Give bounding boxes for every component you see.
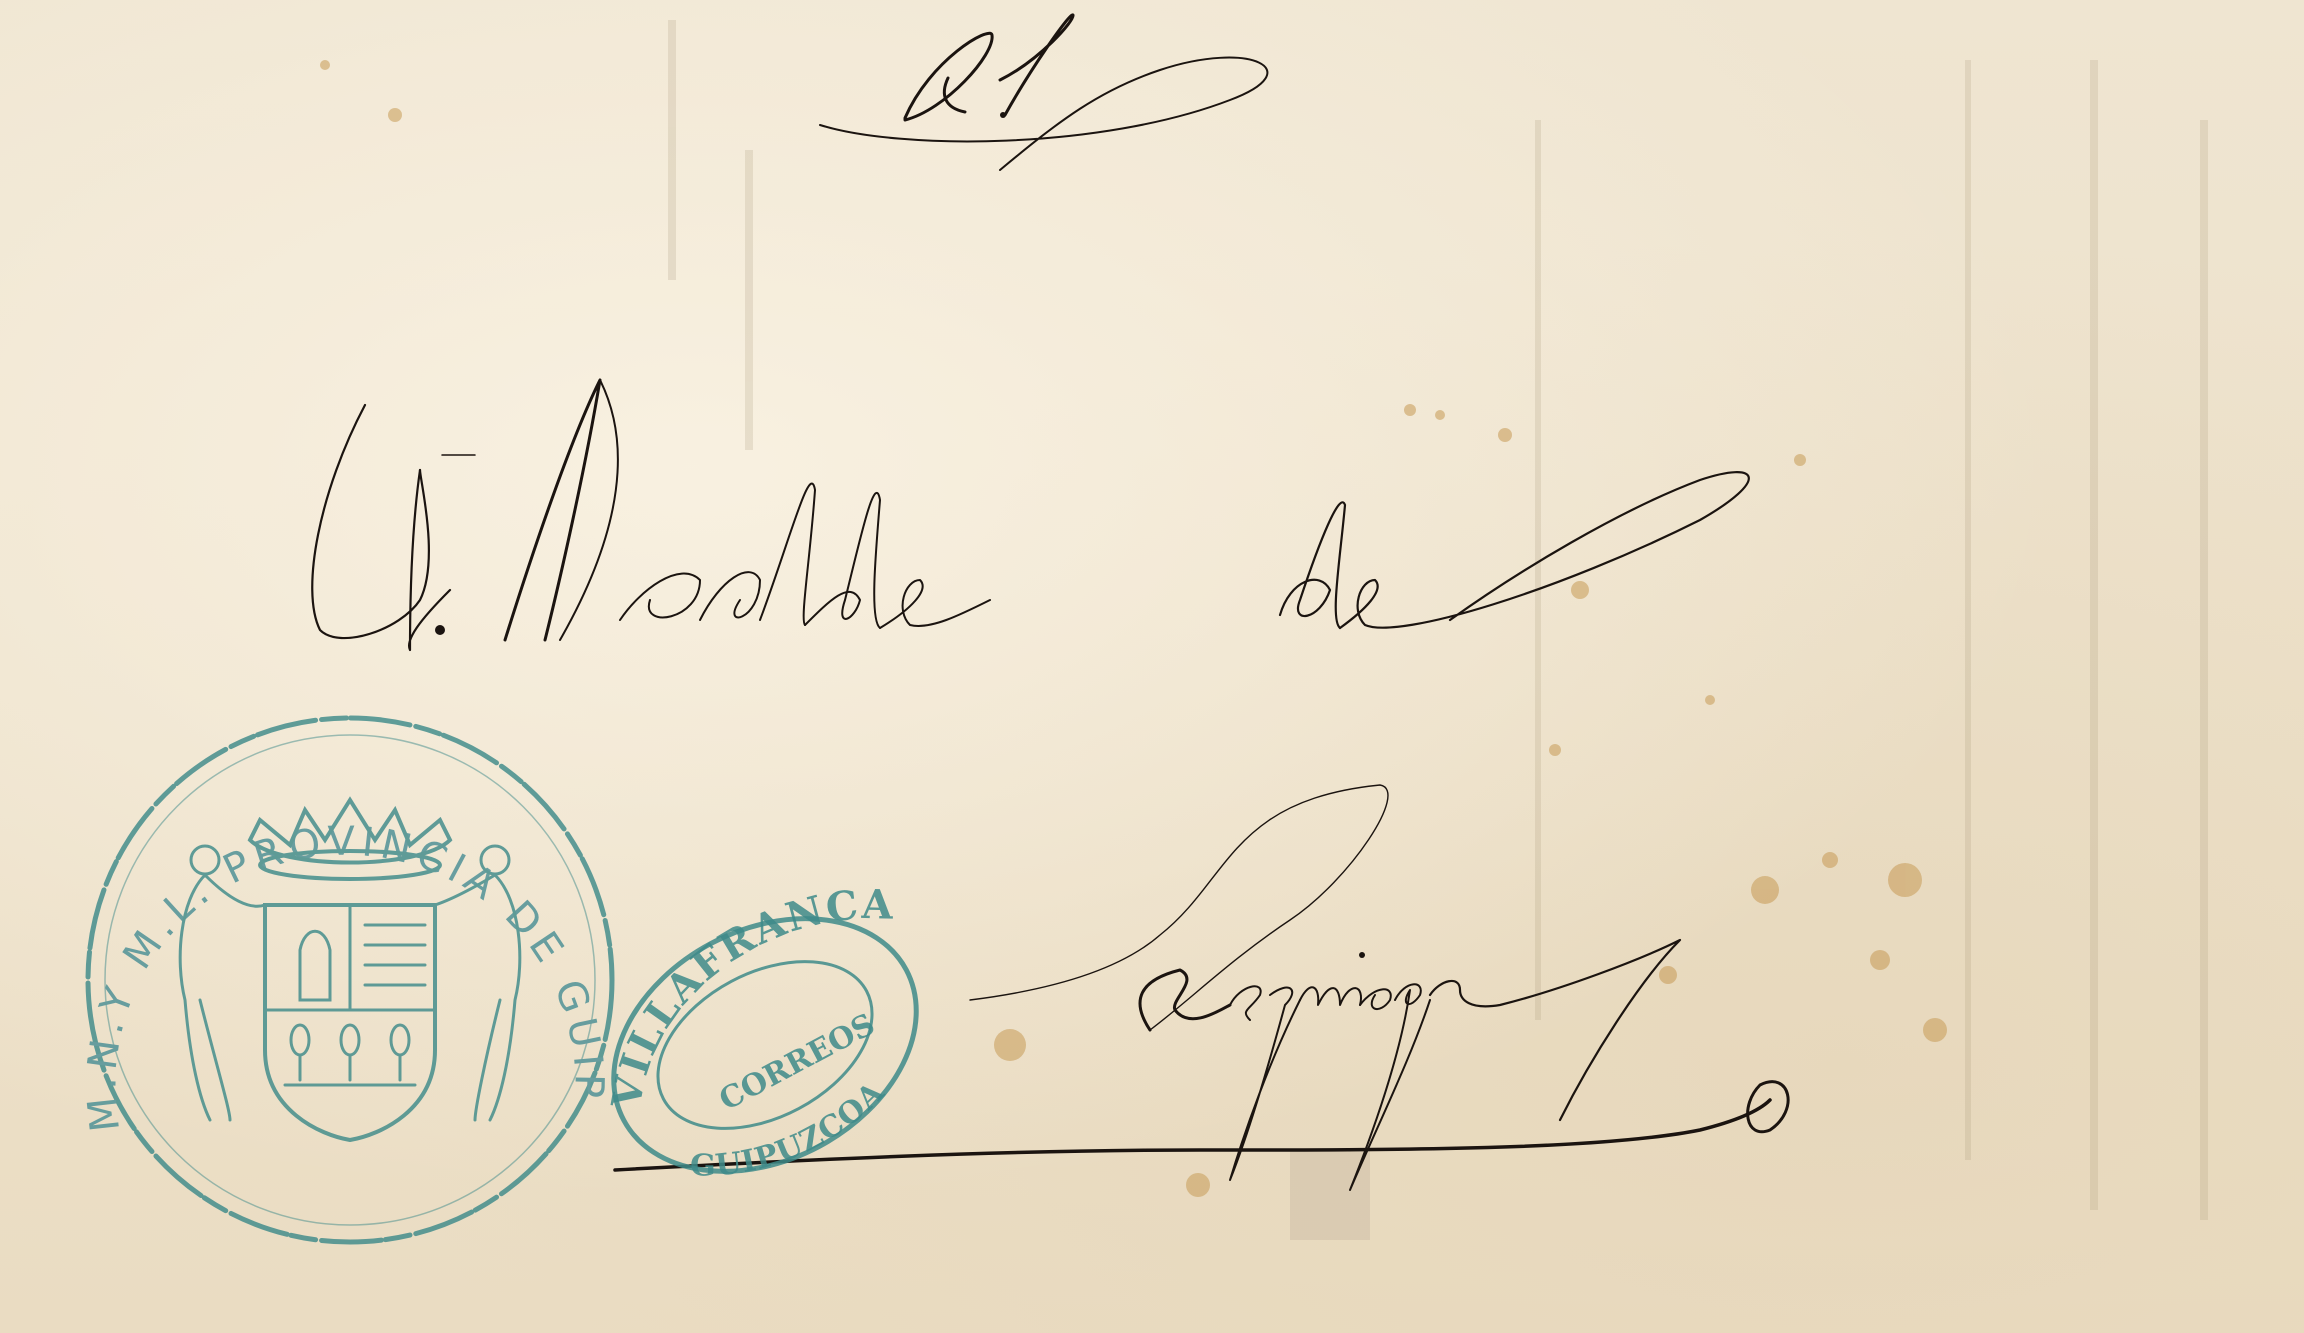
postal-cover: M.N.Y M.L. PROVINCIA DE GUIPUZCOA: [0, 0, 2304, 1333]
villafranca-postmark: VILLAFRANCA CORREOS GUIPUZCOA: [0, 0, 2304, 1333]
